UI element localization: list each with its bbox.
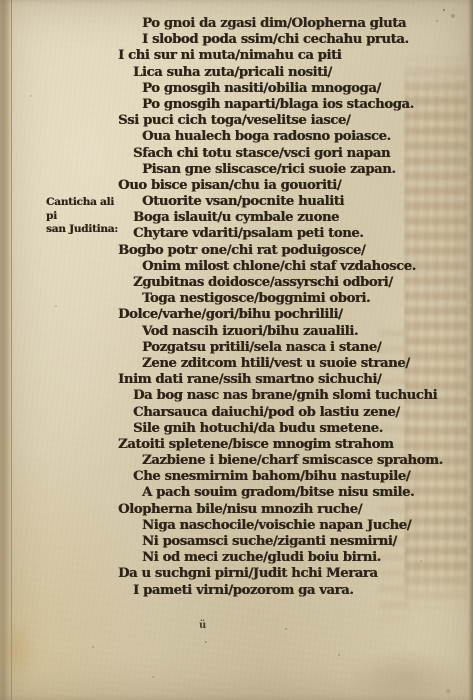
page-right-edge: [468, 0, 473, 700]
poem-line: Zatoiti spletene/bisce mnogim strahom: [118, 437, 463, 453]
poem-line: Onim milost chlone/chi staf vzdahosce.: [142, 259, 463, 275]
paper-stain: [347, 648, 467, 700]
poem-line: Zazbiene i biene/charf smiscasce sprahom…: [142, 453, 463, 469]
poem-line: Otuorite vsan/pocnite hualiti: [142, 194, 463, 210]
poem-line: A pach souim gradom/bitse nisu smile.: [142, 485, 463, 501]
page-gutter-edge: [0, 0, 12, 700]
poem-line: Inim dati rane/ssih smartno sichuchi/: [118, 372, 463, 388]
poem-line: Lica suha zuta/pricali nositi/: [133, 65, 463, 81]
poem-line: Boga islauit/u cymbale zuone: [133, 210, 463, 226]
ink-specks: [0, 0, 2, 2]
poem-line: Po gnosgih naparti/blaga ios stachoga.: [142, 97, 463, 113]
poem-line: Toga nestigosce/boggnimi obori.: [142, 291, 463, 307]
poem-line: Pozgatsu pritili/sela nasca i stane/: [142, 340, 463, 356]
margin-note-line: san Juditina:: [46, 223, 124, 237]
poem-line: Ni posamsci suche/ziganti nesmirni/: [142, 534, 463, 550]
poem-line: I slobod poda ssim/chi cechahu pruta.: [142, 32, 463, 48]
poem-line: Niga naschocile/voischie napan Juche/: [142, 518, 463, 534]
poem-line: Pisan gne sliscasce/rici suoie zapan.: [142, 162, 463, 178]
poem-line: Vod nascih izuori/bihu zaualili.: [142, 324, 463, 340]
poem-line: Bogbo potr one/chi rat poduigosce/: [118, 243, 463, 259]
poem-line: Olopherna bile/nisu mnozih ruche/: [118, 502, 463, 518]
poem-line: Da bog nasc nas brane/gnih slomi tuchuch…: [133, 388, 463, 404]
poem-line: Che snesmirnim bahom/bihu nastupile/: [133, 469, 463, 485]
margin-note-line: Canticha ali pi: [46, 196, 124, 223]
poem-line: Dolce/varhe/gori/bihu pochrilili/: [118, 307, 463, 323]
signature-mark: ü: [199, 620, 206, 631]
poem-line: Po gnosgih nasiti/obilia mnogoga/: [142, 81, 463, 97]
poem-line: Ouo bisce pisan/chu ia gouoriti/: [118, 178, 463, 194]
poem-line: Ssi puci cich toga/veselitse iasce/: [118, 113, 463, 129]
poem-line: Oua hualech boga radosno poiasce.: [142, 129, 463, 145]
poem-line: Po gnoi da zgasi dim/Olopherna gluta: [142, 16, 463, 32]
poem-line: Ni od meci zuche/gludi boiu birni.: [142, 550, 463, 566]
poem-line: Sfach chi totu stasce/vsci gori napan: [133, 146, 463, 162]
poem-line: Charsauca daiuchi/pod ob lastiu zene/: [133, 405, 463, 421]
poem-line: Zgubitnas doidosce/assyrschi odbori/: [133, 275, 463, 291]
poem-line: Zene zditcom htili/vest u suoie strane/: [142, 356, 463, 372]
margin-note: Canticha ali pi san Juditina:: [46, 196, 124, 237]
scanned-book-page: Canticha ali pi san Juditina: Po gnoi da…: [0, 0, 473, 700]
poem-line: Chytare vdariti/psalam peti tone.: [133, 226, 463, 242]
poem-text-block: Po gnoi da zgasi dim/Olopherna glutaI sl…: [118, 16, 463, 599]
poem-line: Sile gnih hotuchi/da budu smetene.: [133, 421, 463, 437]
poem-line: I chi sur ni muta/nimahu ca piti: [118, 48, 463, 64]
poem-line: I pameti virni/pozorom ga vara.: [133, 583, 463, 599]
poem-line: Da u suchgni pirni/Judit hchi Merara: [118, 566, 463, 582]
